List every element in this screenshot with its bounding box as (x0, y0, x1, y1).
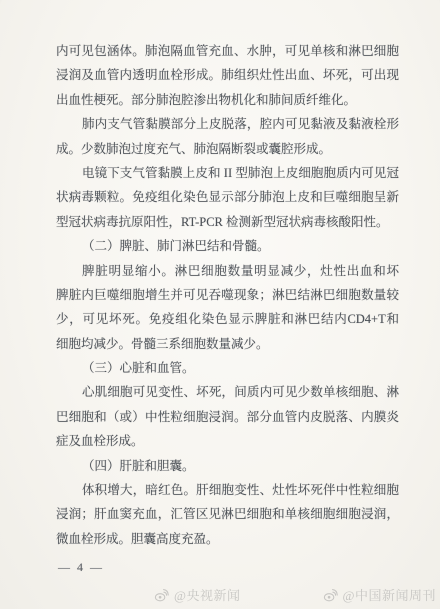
document-line: 肺内支气管黏膜部分上皮脱落，腔内可见黏液及黏液栓形 (56, 112, 399, 136)
watermark-label: @中国新闻周刊 (343, 585, 436, 604)
weibo-icon (154, 588, 170, 602)
document-line: 体积增大，暗红色。肝细胞变性、灶性坏死伴中性粒细胞 (56, 478, 399, 502)
document-line: 脾脏内巨噬细胞增生并可见吞噬现象；淋巴结淋巴细胞数量较 (56, 283, 399, 307)
document-line: 电镜下支气管黏膜上皮和 II 型肺泡上皮细胞胞质内可见冠 (56, 161, 399, 185)
section-heading-line: （三）心脏和血管。 (56, 356, 399, 380)
page-number: — 4 — (58, 560, 104, 575)
section-heading-line: （二）脾脏、肺门淋巴结和骨髓。 (56, 234, 399, 258)
scanned-document-page: 内可见包涵体。肺泡隔血管充血、水肿，可见单核和淋巴细胞浸润及血管内透明血栓形成。… (0, 0, 440, 609)
document-line: 状病毒颗粒。免疫组化染色显示部分肺泡上皮和巨噬细胞呈新 (56, 185, 399, 209)
document-line: 成。少数肺泡过度充气、肺泡隔断裂或囊腔形成。 (56, 137, 399, 161)
document-line: 型冠状病毒抗原阳性，RT-PCR 检测新型冠状病毒核酸阳性。 (56, 210, 399, 234)
watermark-cctv-news: @央视新闻 (154, 585, 240, 604)
document-line: 巴细胞和（或）中性粒细胞浸润。部分血管内皮脱落、内膜炎 (56, 405, 399, 429)
document-line: 微血栓形成。胆囊高度充盈。 (56, 527, 399, 551)
watermark-china-newsweek: @中国新闻周刊 (323, 585, 436, 604)
document-line: 脾脏明显缩小。淋巴细胞数量明显减少，灶性出血和坏死， (56, 259, 399, 283)
document-line: 内可见包涵体。肺泡隔血管充血、水肿，可见单核和淋巴细胞 (56, 39, 399, 63)
document-line: 细胞均减少。骨髓三系细胞数量减少。 (56, 332, 399, 356)
weibo-icon (323, 588, 339, 602)
watermark-row: @央视新闻 @中国新闻周刊 (0, 585, 436, 604)
document-line: 浸润；肝血窦充血，汇管区见淋巴细胞和单核细胞细胞浸润， (56, 502, 399, 526)
document-line: 浸润及血管内透明血栓形成。肺组织灶性出血、坏死，可出现 (56, 63, 399, 87)
document-line: 出血性梗死。部分肺泡腔渗出物机化和肺间质纤维化。 (56, 88, 399, 112)
document-line: 少，可见坏死。免疫组化染色显示脾脏和淋巴结内CD4+T和CD8+T (56, 307, 399, 331)
watermark-label: @央视新闻 (174, 585, 240, 604)
document-line: 症及血栓形成。 (56, 429, 399, 453)
document-text: 内可见包涵体。肺泡隔血管充血、水肿，可见单核和淋巴细胞浸润及血管内透明血栓形成。… (56, 39, 399, 551)
document-line: 心肌细胞可见变性、坏死，间质内可见少数单核细胞、淋 (56, 380, 399, 404)
section-heading-line: （四）肝脏和胆囊。 (56, 454, 399, 478)
